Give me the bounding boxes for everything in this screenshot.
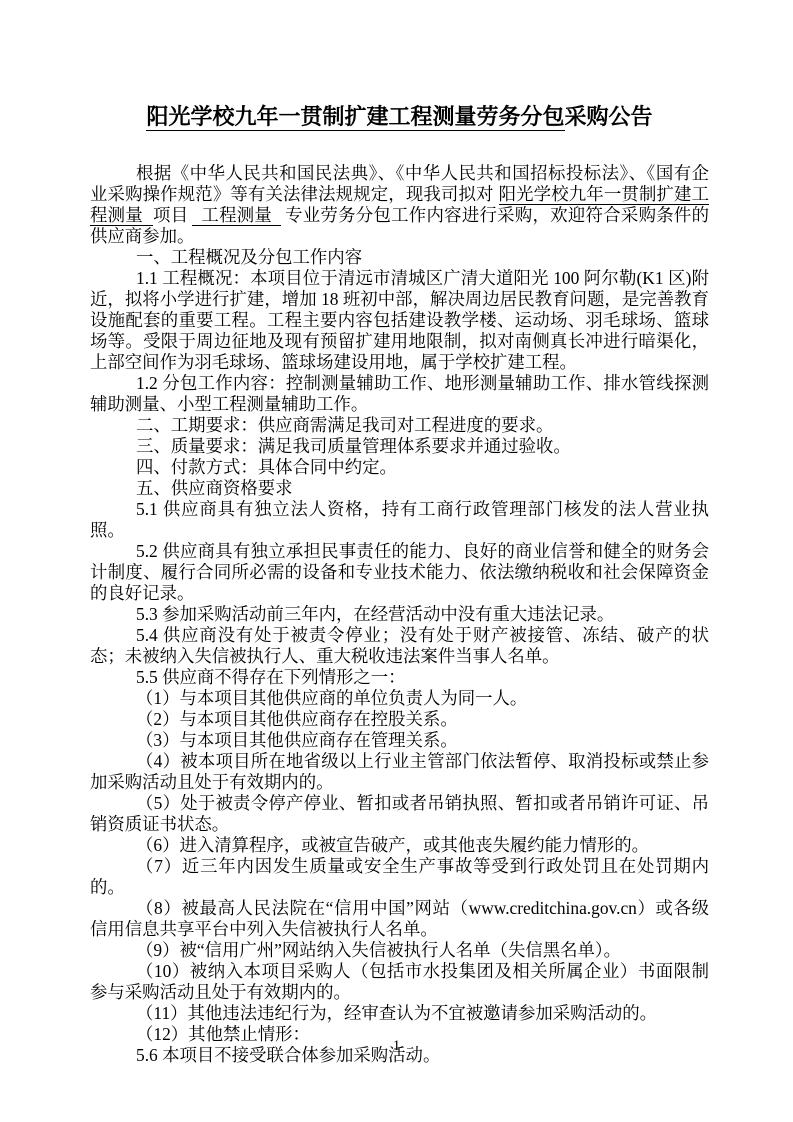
body-paragraph: 四、付款方式：具体合同中约定。 (90, 457, 709, 478)
body-paragraph: 5.1 供应商具有独立法人资格，持有工商行政管理部门核发的法人营业执照。 (90, 499, 709, 541)
work-package-blank: 工程测量 (192, 205, 281, 226)
document-page: 阳光学校九年一贯制扩建工程测量劳务分包采购公告 根据《中华人民共和国民法典》、《… (0, 0, 793, 1122)
body-paragraph: 5.5 供应商不得存在下列情形之一： (90, 667, 709, 688)
page-title: 阳光学校九年一贯制扩建工程测量劳务分包采购公告 (90, 105, 709, 129)
body-paragraph: 五、供应商资格要求 (90, 478, 709, 499)
body-paragraph: 1.2 分包工作内容：控制测量辅助工作、地形测量辅助工作、排水管线探测辅助测量、… (90, 373, 709, 415)
body-paragraph: （1）与本项目其他供应商的单位负责人为同一人。 (90, 688, 709, 709)
body-paragraph: （7）近三年内因发生质量或安全生产事故等受到行政处罚且在处罚期内的。 (90, 856, 709, 898)
title-underlined-text: 阳光学校九年一贯制扩建工程测量劳务分包 (146, 104, 564, 131)
intro-paragraph: 根据《中华人民共和国民法典》、《中华人民共和国招标投标法》、《国有企业采购操作规… (90, 163, 709, 247)
body-paragraph: 一、工程概况及分包工作内容 (90, 247, 709, 268)
body-paragraph: （8）被最高人民法院在“信用中国”网站（www.creditchina.gov.… (90, 898, 709, 940)
body-paragraph: （3）与本项目其他供应商存在管理关系。 (90, 730, 709, 751)
body-paragraph: 5.2 供应商具有独立承担民事责任的能力、良好的商业信誉和健全的财务会计制度、履… (90, 541, 709, 604)
page-number: 1 (0, 1038, 793, 1055)
body-paragraph: （4）被本项目所在地省级以上行业主管部门依法暂停、取消投标或禁止参加采购活动且处… (90, 751, 709, 793)
document-body: 一、工程概况及分包工作内容1.1 工程概况：本项目位于清远市清城区广清大道阳光 … (90, 247, 709, 1066)
body-paragraph: 二、工期要求：供应商需满足我司对工程进度的要求。 (90, 415, 709, 436)
body-paragraph: （11）其他违法违纪行为，经审查认为不宜被邀请参加采购活动的。 (90, 1003, 709, 1024)
body-paragraph: （2）与本项目其他供应商存在控股关系。 (90, 709, 709, 730)
intro-between-text: 项目 (153, 205, 188, 225)
title-suffix: 采购公告 (565, 104, 653, 129)
body-paragraph: （5）处于被责令停产停业、暂扣或者吊销执照、暂扣或者吊销许可证、吊销资质证书状态… (90, 793, 709, 835)
body-paragraph: （6）进入清算程序，或被宣告破产，或其他丧失履约能力情形的。 (90, 835, 709, 856)
body-paragraph: 1.1 工程概况：本项目位于清远市清城区广清大道阳光 100 阿尔勒(K1 区)… (90, 268, 709, 373)
body-paragraph: 5.4 供应商没有处于被责令停业；没有处于财产被接管、冻结、破产的状态；未被纳入… (90, 625, 709, 667)
body-paragraph: （9）被“信用广州”网站纳入失信被执行人名单（失信黑名单）。 (90, 940, 709, 961)
body-paragraph: 三、质量要求：满足我司质量管理体系要求并通过验收。 (90, 436, 709, 457)
body-paragraph: 5.3 参加采购活动前三年内，在经营活动中没有重大违法记录。 (90, 604, 709, 625)
body-paragraph: （10）被纳入本项目采购人（包括市水投集团及相关所属企业）书面限制参与采购活动且… (90, 961, 709, 1003)
